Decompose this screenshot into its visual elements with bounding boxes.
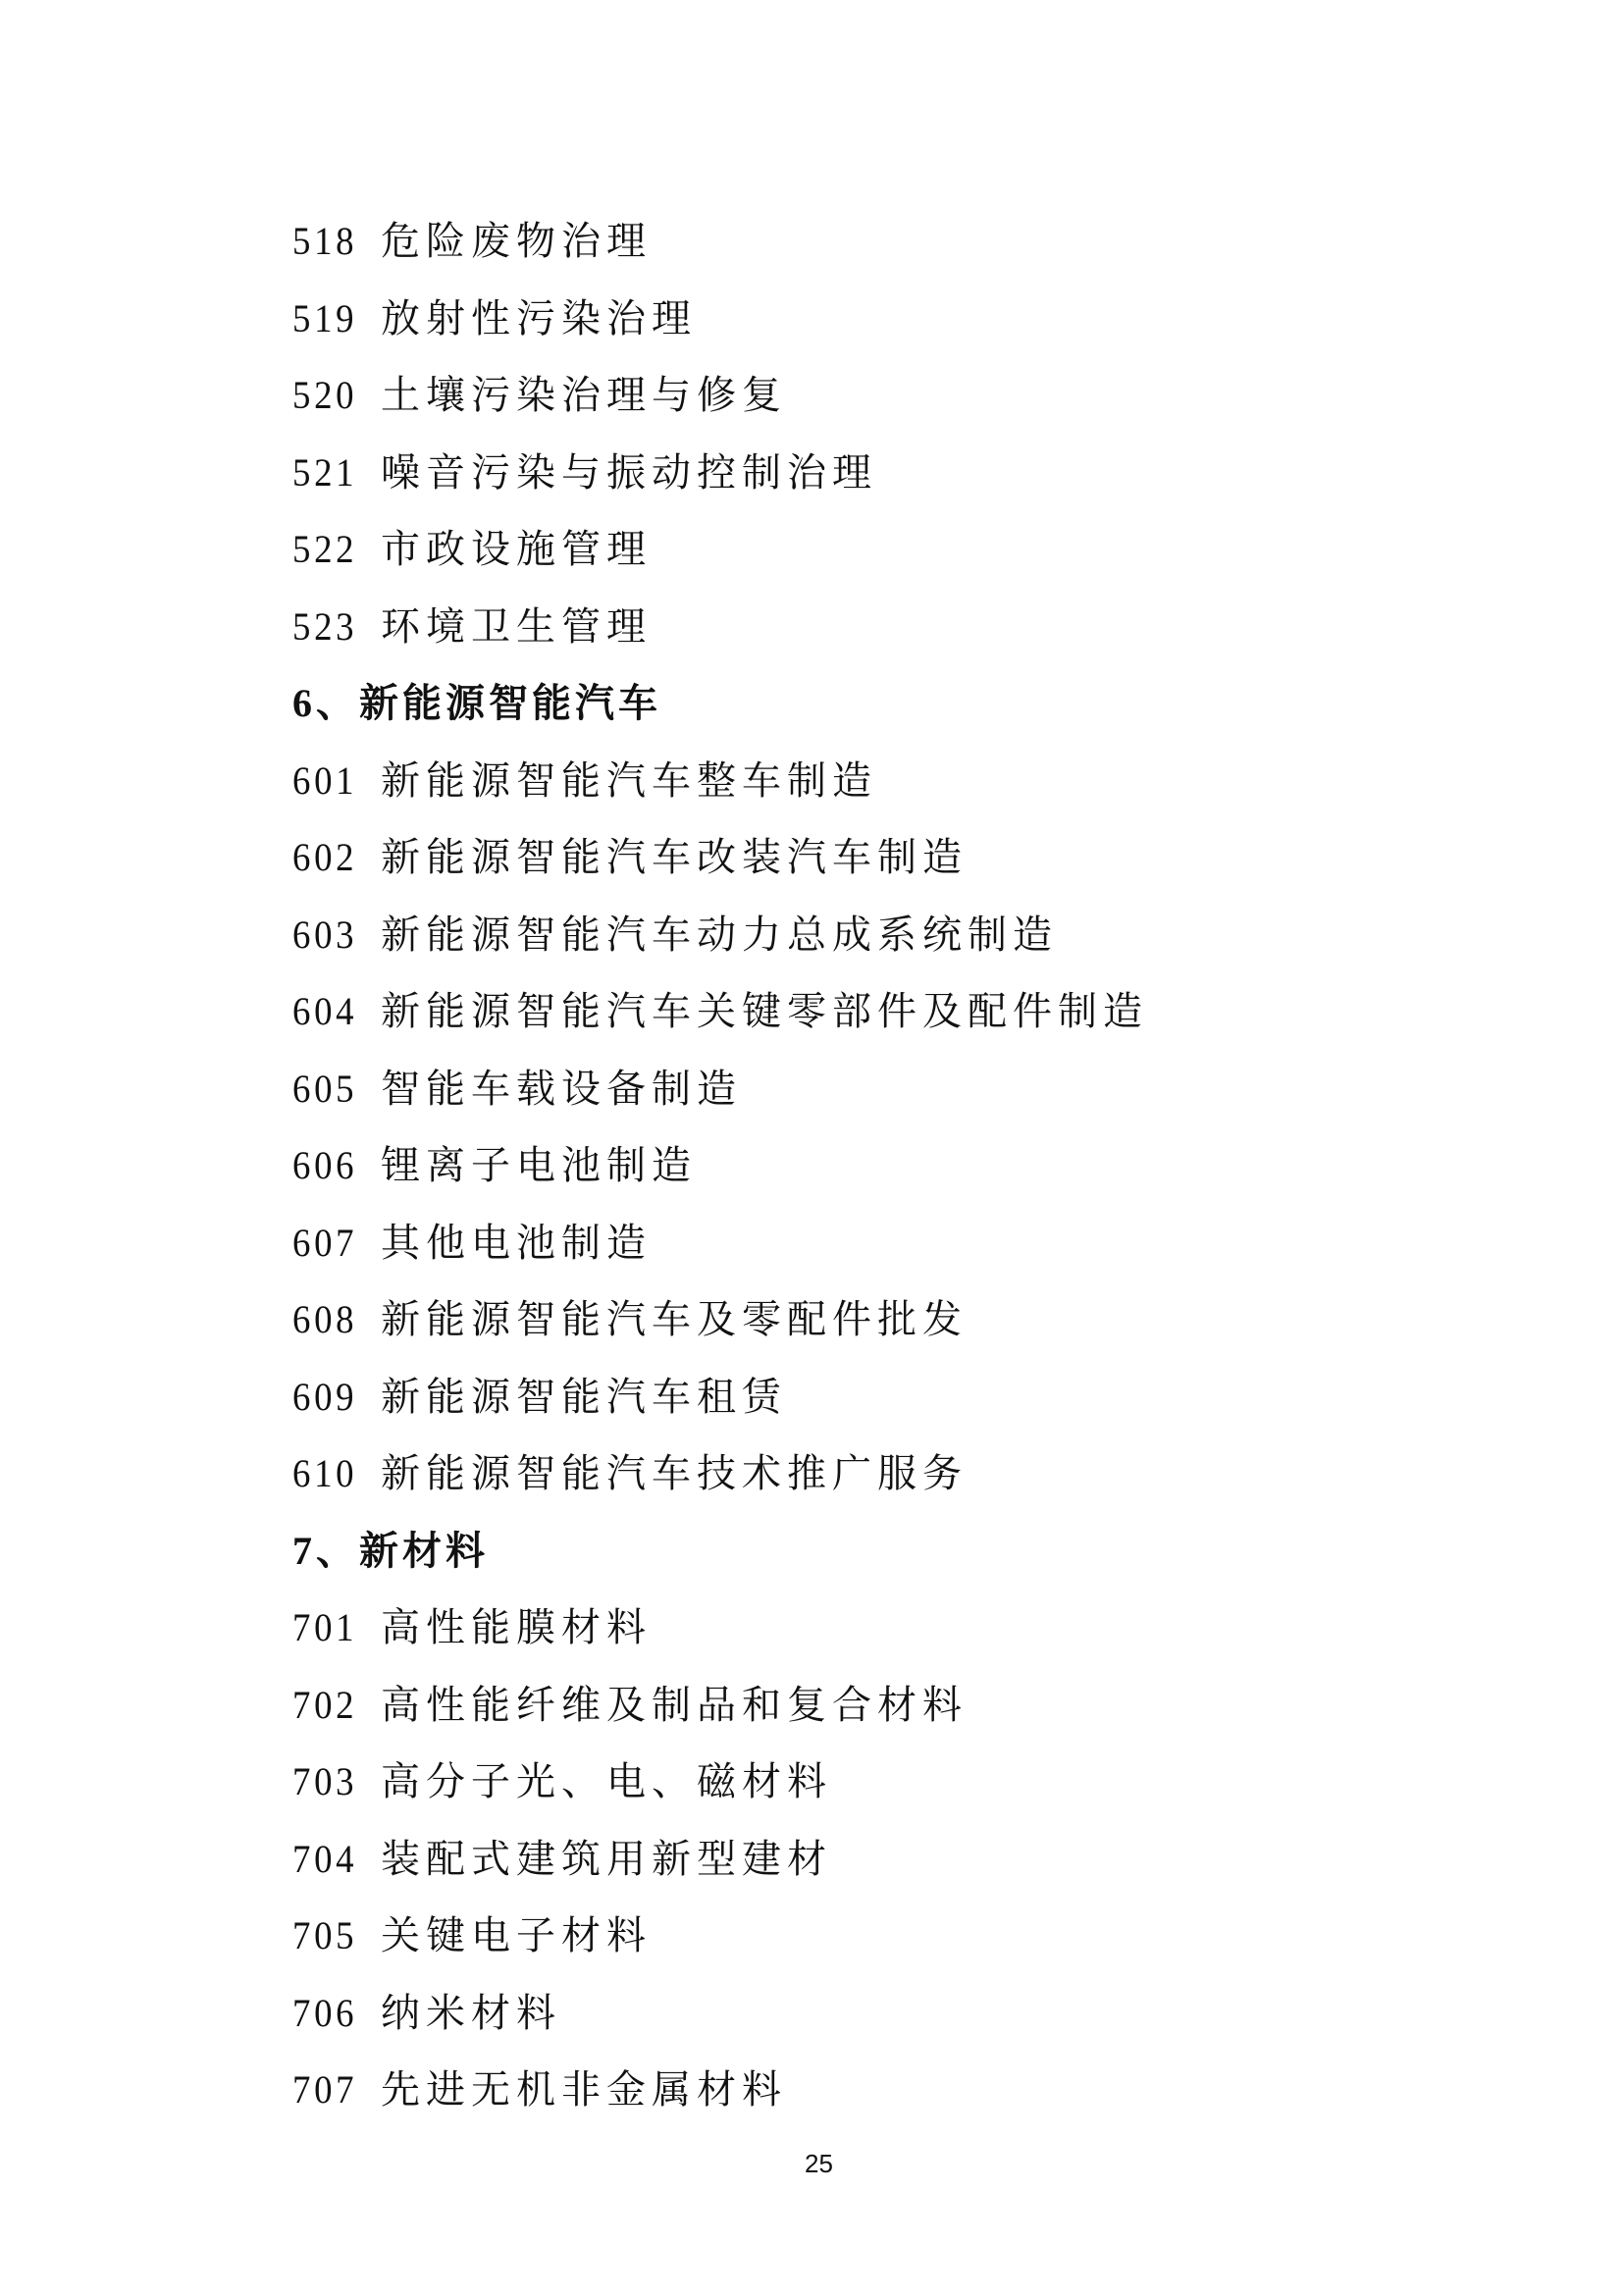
item-code: 606	[292, 1138, 357, 1193]
list-item: 607其他电池制造	[292, 1216, 1470, 1293]
item-code: 701	[292, 1600, 357, 1655]
list-item: 522市政设施管理	[292, 522, 1470, 600]
list-item: 702高性能纤维及制品和复合材料	[292, 1678, 1470, 1755]
list-item: 610新能源智能汽车技术推广服务	[292, 1446, 1470, 1524]
section-number: 7、	[292, 1529, 359, 1573]
list-item: 705关键电子材料	[292, 1908, 1470, 1986]
list-item: 609新能源智能汽车租赁	[292, 1370, 1470, 1447]
item-text: 锂离子电池制造	[381, 1143, 697, 1188]
item-text: 智能车载设备制造	[381, 1067, 742, 1112]
item-text: 噪音污染与振动控制治理	[381, 450, 877, 496]
item-code: 519	[292, 291, 357, 346]
item-code: 703	[292, 1754, 357, 1809]
list-item: 706纳米材料	[292, 1986, 1470, 2063]
item-text: 新能源智能汽车及零配件批发	[381, 1297, 968, 1342]
item-code: 702	[292, 1678, 357, 1733]
list-item: 518危险废物治理	[292, 214, 1470, 291]
item-text: 先进无机非金属材料	[381, 2067, 787, 2112]
list-item: 707先进无机非金属材料	[292, 2062, 1470, 2140]
list-item: 603新能源智能汽车动力总成系统制造	[292, 908, 1470, 985]
document-page: 518危险废物治理 519放射性污染治理 520土壤污染治理与修复 521噪音污…	[0, 0, 1624, 2295]
item-code: 518	[292, 214, 357, 269]
item-code: 603	[292, 908, 357, 963]
item-code: 520	[292, 368, 357, 423]
item-text: 高分子光、电、磁材料	[381, 1759, 832, 1804]
list-item: 604新能源智能汽车关键零部件及配件制造	[292, 984, 1470, 1062]
list-item: 521噪音污染与振动控制治理	[292, 445, 1470, 523]
item-text: 新能源智能汽车租赁	[381, 1375, 787, 1420]
item-text: 纳米材料	[381, 1991, 561, 2036]
item-text: 新能源智能汽车改装汽车制造	[381, 835, 968, 880]
item-text: 高性能膜材料	[381, 1605, 652, 1650]
item-text: 新能源智能汽车关键零部件及配件制造	[381, 989, 1148, 1034]
list-item: 703高分子光、电、磁材料	[292, 1754, 1470, 1832]
item-code: 607	[292, 1216, 357, 1271]
item-code: 705	[292, 1908, 357, 1963]
item-code: 521	[292, 445, 357, 500]
item-code: 604	[292, 984, 357, 1039]
section-title: 新能源智能汽车	[359, 681, 661, 726]
item-code: 522	[292, 522, 357, 577]
section-title: 新材料	[359, 1529, 489, 1574]
item-code: 609	[292, 1370, 357, 1425]
section-heading: 7、新材料	[292, 1524, 1470, 1601]
item-text: 高性能纤维及制品和复合材料	[381, 1683, 968, 1728]
item-code: 601	[292, 754, 357, 808]
item-code: 704	[292, 1832, 357, 1887]
item-code: 605	[292, 1062, 357, 1117]
item-code: 706	[292, 1986, 357, 2041]
item-code: 608	[292, 1292, 357, 1347]
list-item: 601新能源智能汽车整车制造	[292, 754, 1470, 831]
list-item: 602新能源智能汽车改装汽车制造	[292, 830, 1470, 908]
item-text: 装配式建筑用新型建材	[381, 1837, 832, 1882]
list-item: 701高性能膜材料	[292, 1600, 1470, 1678]
section-heading: 6、新能源智能汽车	[292, 676, 1470, 754]
list-item: 520土壤污染治理与修复	[292, 368, 1470, 445]
list-item: 519放射性污染治理	[292, 291, 1470, 369]
list-item: 608新能源智能汽车及零配件批发	[292, 1292, 1470, 1370]
item-text: 土壤污染治理与修复	[381, 373, 787, 418]
industry-code-list: 518危险废物治理 519放射性污染治理 520土壤污染治理与修复 521噪音污…	[292, 214, 1470, 2140]
list-item: 606锂离子电池制造	[292, 1138, 1470, 1216]
list-item: 704装配式建筑用新型建材	[292, 1832, 1470, 1909]
item-text: 放射性污染治理	[381, 296, 697, 341]
item-text: 新能源智能汽车动力总成系统制造	[381, 913, 1058, 958]
page-number: 25	[0, 2149, 1624, 2179]
item-code: 523	[292, 600, 357, 654]
item-text: 危险废物治理	[381, 219, 652, 264]
list-item: 605智能车载设备制造	[292, 1062, 1470, 1139]
item-text: 环境卫生管理	[381, 604, 652, 650]
item-code: 602	[292, 830, 357, 885]
item-code: 610	[292, 1446, 357, 1501]
item-code: 707	[292, 2062, 357, 2117]
item-text: 其他电池制造	[381, 1221, 652, 1266]
item-text: 新能源智能汽车技术推广服务	[381, 1451, 968, 1496]
list-item: 523环境卫生管理	[292, 600, 1470, 677]
item-text: 新能源智能汽车整车制造	[381, 758, 877, 804]
item-text: 关键电子材料	[381, 1913, 652, 1958]
section-number: 6、	[292, 681, 359, 725]
item-text: 市政设施管理	[381, 527, 652, 572]
